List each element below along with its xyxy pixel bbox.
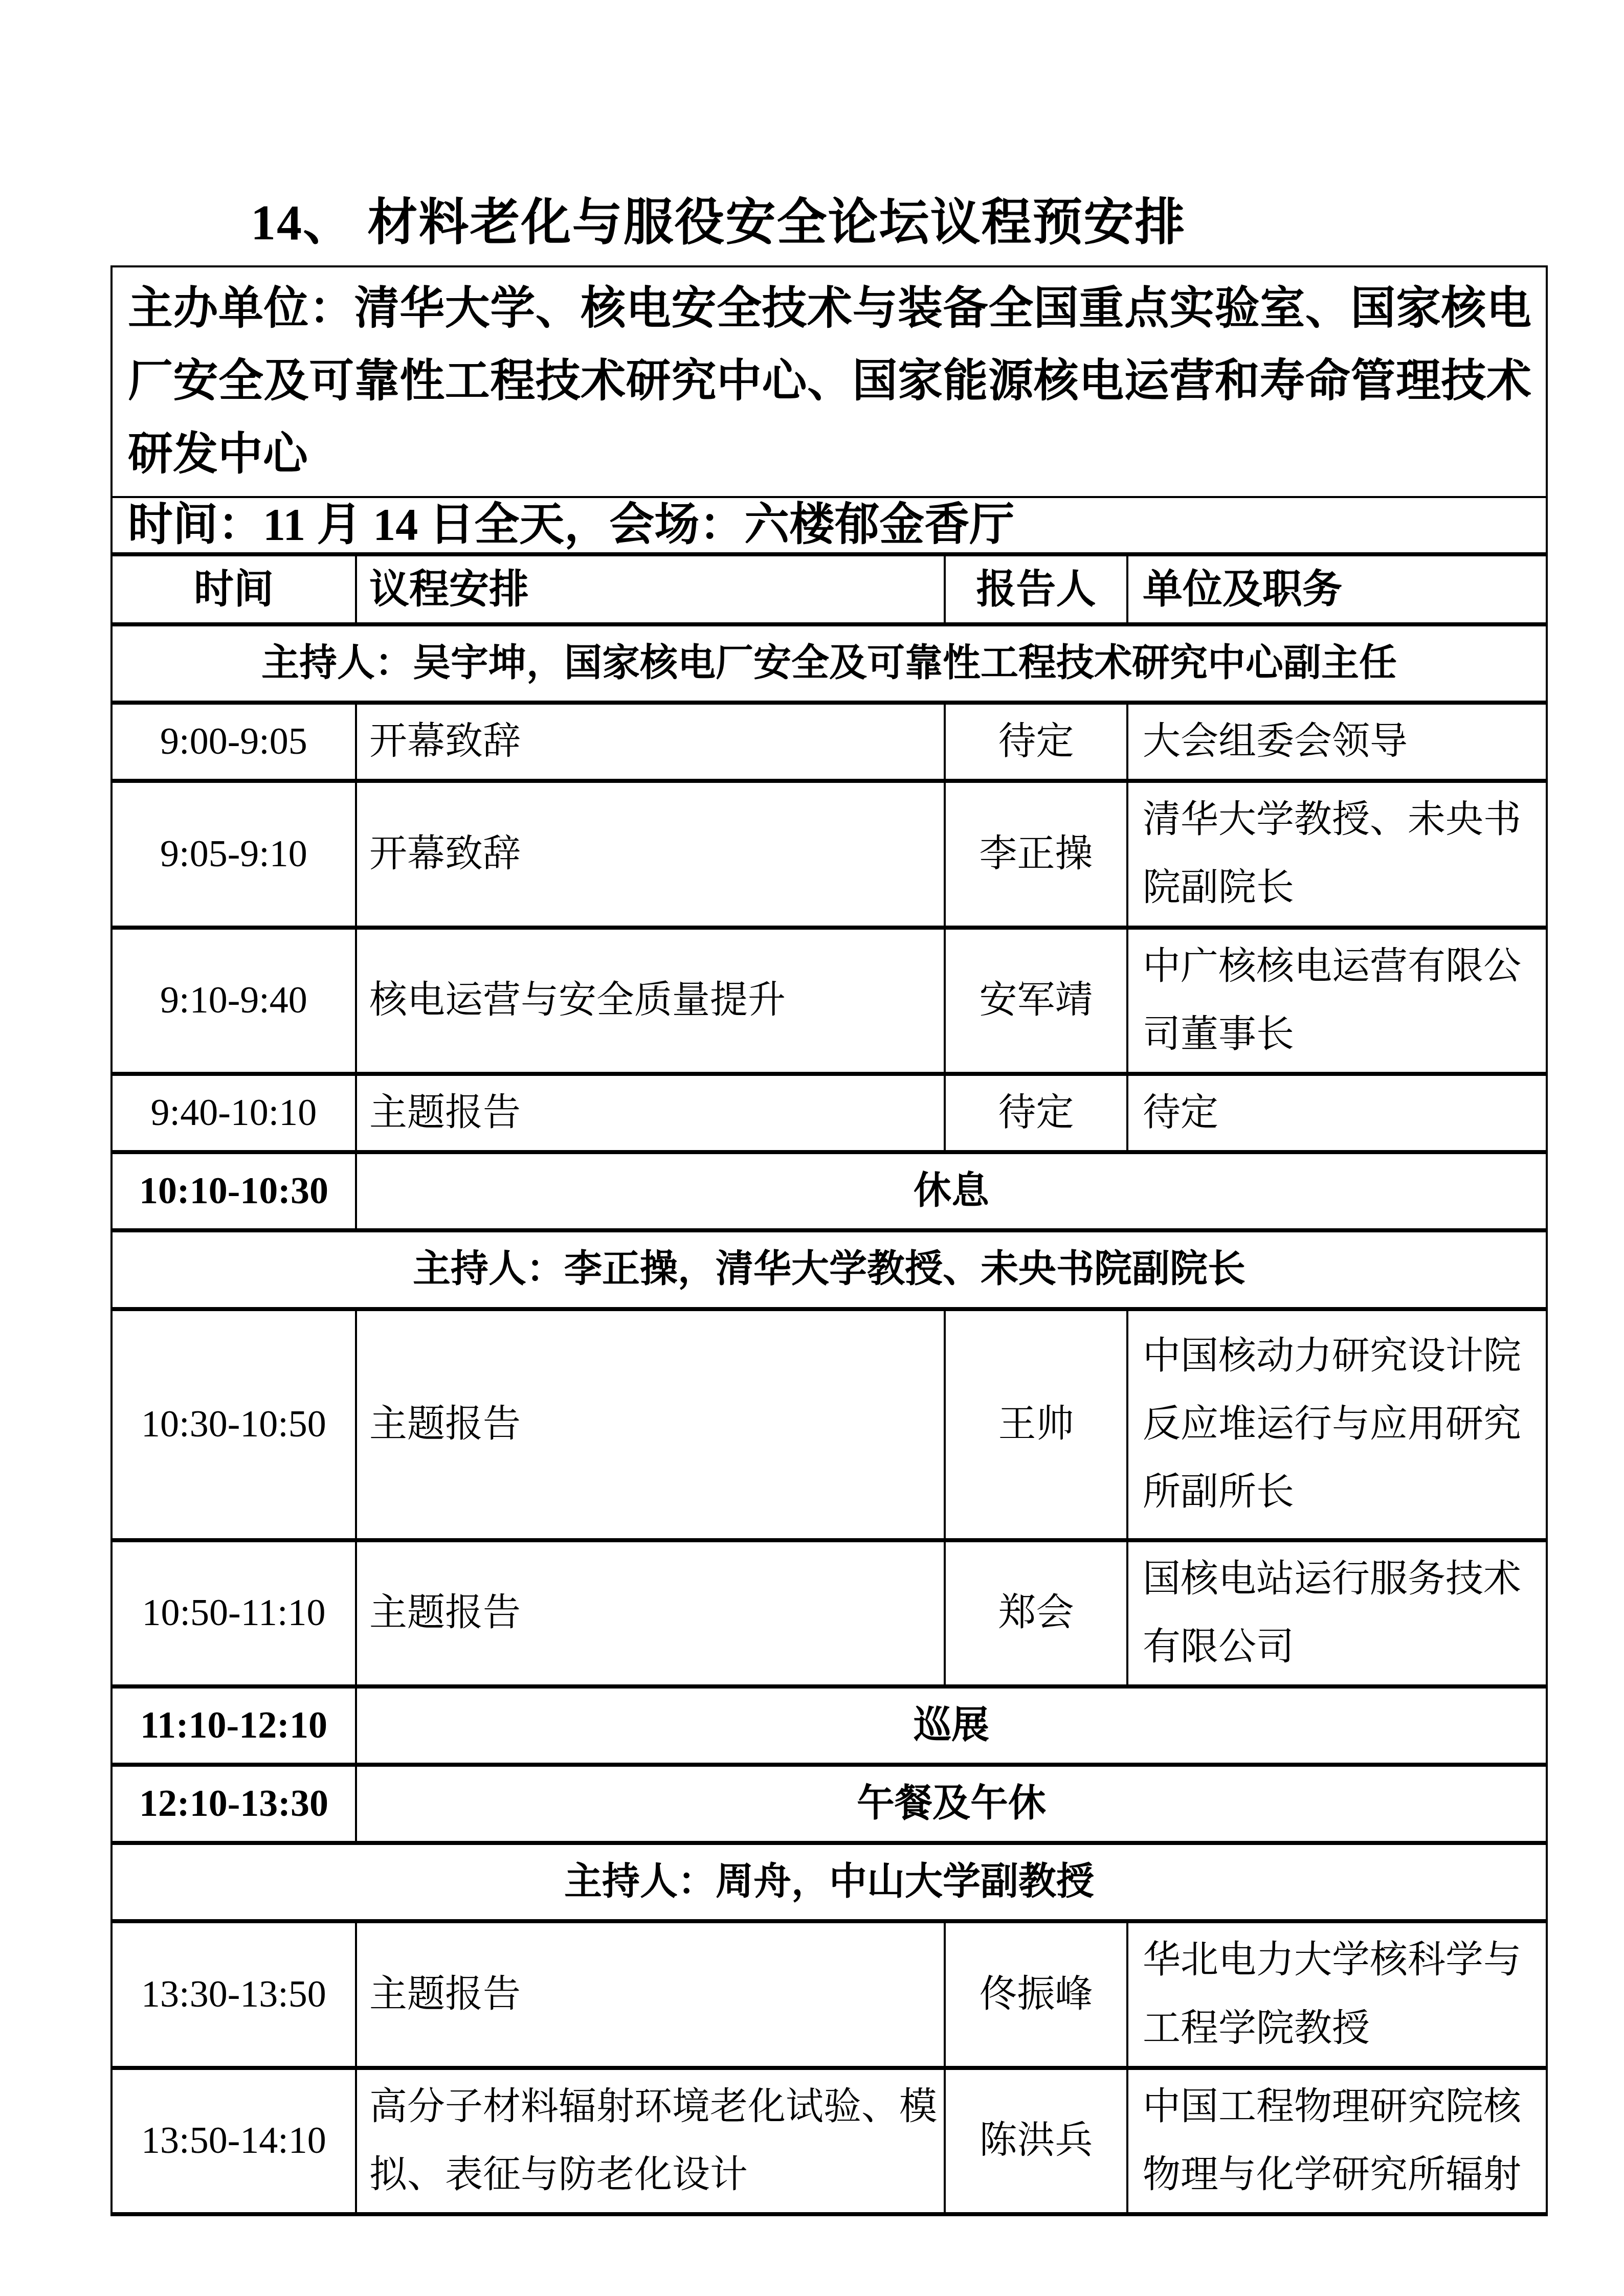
session-row: 9:00-9:05 开幕致辞 待定 大会组委会领导 [112,703,1547,781]
session-row: 9:40-10:10 主题报告 待定 待定 [112,1074,1547,1152]
session-row: 9:10-9:40 核电运营与安全质量提升 安军靖 中广核核电运营有限公司董事长 [112,928,1547,1074]
agenda-cell: 高分子材料辐射环境老化试验、模拟、表征与防老化设计 [356,2068,945,2214]
break-row: 12:10-13:30 午餐及午休 [112,1765,1547,1843]
header-agenda: 议程安排 [356,554,945,624]
speaker-cell: 待定 [945,1074,1127,1152]
agenda-cell: 开幕致辞 [356,781,945,927]
affiliation-cell: 中广核核电运营有限公司董事长 [1127,928,1547,1074]
affiliation-cell: 大会组委会领导 [1127,703,1547,781]
page-title: 14、 材料老化与服役安全论坛议程预安排 [251,193,1624,254]
session-row: 10:30-10:50 主题报告 王帅 中国核动力研究设计院反应堆运行与应用研究… [112,1309,1547,1540]
speaker-cell: 陈洪兵 [945,2068,1127,2214]
break-row: 11:10-12:10 巡展 [112,1686,1547,1765]
time-cell: 10:30-10:50 [112,1309,356,1540]
break-label-cell: 午餐及午休 [356,1765,1547,1843]
host-cell: 主持人：周舟，中山大学副教授 [112,1843,1547,1921]
affiliation-cell: 华北电力大学核科学与工程学院教授 [1127,1921,1547,2067]
organizer-cell: 主办单位：清华大学、核电安全技术与装备全国重点实验室、国家核电厂安全及可靠性工程… [112,266,1547,498]
affiliation-cell: 国核电站运行服务技术有限公司 [1127,1540,1547,1686]
agenda-table: 主办单位：清华大学、核电安全技术与装备全国重点实验室、国家核电厂安全及可靠性工程… [110,265,1548,2217]
speaker-cell: 王帅 [945,1309,1127,1540]
time-cell: 13:50-14:10 [112,2068,356,2214]
break-row: 10:10-10:30 休息 [112,1152,1547,1230]
time-cell: 10:50-11:10 [112,1540,356,1686]
organizer-row: 主办单位：清华大学、核电安全技术与装备全国重点实验室、国家核电厂安全及可靠性工程… [112,266,1547,498]
header-speaker: 报告人 [945,554,1127,624]
agenda-cell: 开幕致辞 [356,703,945,781]
affiliation-cell: 清华大学教授、未央书院副院长 [1127,781,1547,927]
time-cell: 9:10-9:40 [112,928,356,1074]
agenda-cell: 核电运营与安全质量提升 [356,928,945,1074]
time-cell: 9:00-9:05 [112,703,356,781]
agenda-cell: 主题报告 [356,1309,945,1540]
time-cell: 9:05-9:10 [112,781,356,927]
time-cell: 11:10-12:10 [112,1686,356,1765]
session-row: 10:50-11:10 主题报告 郑会 国核电站运行服务技术有限公司 [112,1540,1547,1686]
break-label-cell: 休息 [356,1152,1547,1230]
agenda-cell: 主题报告 [356,1540,945,1686]
header-affiliation: 单位及职务 [1127,554,1547,624]
document-page: { "page": { "title": "14、 材料老化与服役安全论坛议程预… [0,0,1624,2296]
host-row: 主持人：李正操，清华大学教授、未央书院副院长 [112,1230,1547,1309]
header-time: 时间 [112,554,356,624]
host-cell: 主持人：吴宇坤，国家核电厂安全及可靠性工程技术研究中心副主任 [112,624,1547,703]
host-row: 主持人：周舟，中山大学副教授 [112,1843,1547,1921]
time-cell: 13:30-13:50 [112,1921,356,2067]
schedule-cell: 时间：11 月 14 日全天，会场：六楼郁金香厅 [112,497,1547,554]
speaker-cell: 待定 [945,703,1127,781]
time-cell: 10:10-10:30 [112,1152,356,1230]
speaker-cell: 李正操 [945,781,1127,927]
affiliation-cell: 待定 [1127,1074,1547,1152]
affiliation-cell: 中国核动力研究设计院反应堆运行与应用研究所副所长 [1127,1309,1547,1540]
agenda-cell: 主题报告 [356,1921,945,2067]
time-cell: 9:40-10:10 [112,1074,356,1152]
session-row: 13:50-14:10 高分子材料辐射环境老化试验、模拟、表征与防老化设计 陈洪… [112,2068,1547,2214]
schedule-row: 时间：11 月 14 日全天，会场：六楼郁金香厅 [112,497,1547,554]
speaker-cell: 郑会 [945,1540,1127,1686]
host-row: 主持人：吴宇坤，国家核电厂安全及可靠性工程技术研究中心副主任 [112,624,1547,703]
speaker-cell: 佟振峰 [945,1921,1127,2067]
agenda-cell: 主题报告 [356,1074,945,1152]
session-row: 9:05-9:10 开幕致辞 李正操 清华大学教授、未央书院副院长 [112,781,1547,927]
speaker-cell: 安军靖 [945,928,1127,1074]
table-header-row: 时间 议程安排 报告人 单位及职务 [112,554,1547,624]
affiliation-cell: 中国工程物理研究院核物理与化学研究所辐射 [1127,2068,1547,2214]
time-cell: 12:10-13:30 [112,1765,356,1843]
host-cell: 主持人：李正操，清华大学教授、未央书院副院长 [112,1230,1547,1309]
session-row: 13:30-13:50 主题报告 佟振峰 华北电力大学核科学与工程学院教授 [112,1921,1547,2067]
break-label-cell: 巡展 [356,1686,1547,1765]
